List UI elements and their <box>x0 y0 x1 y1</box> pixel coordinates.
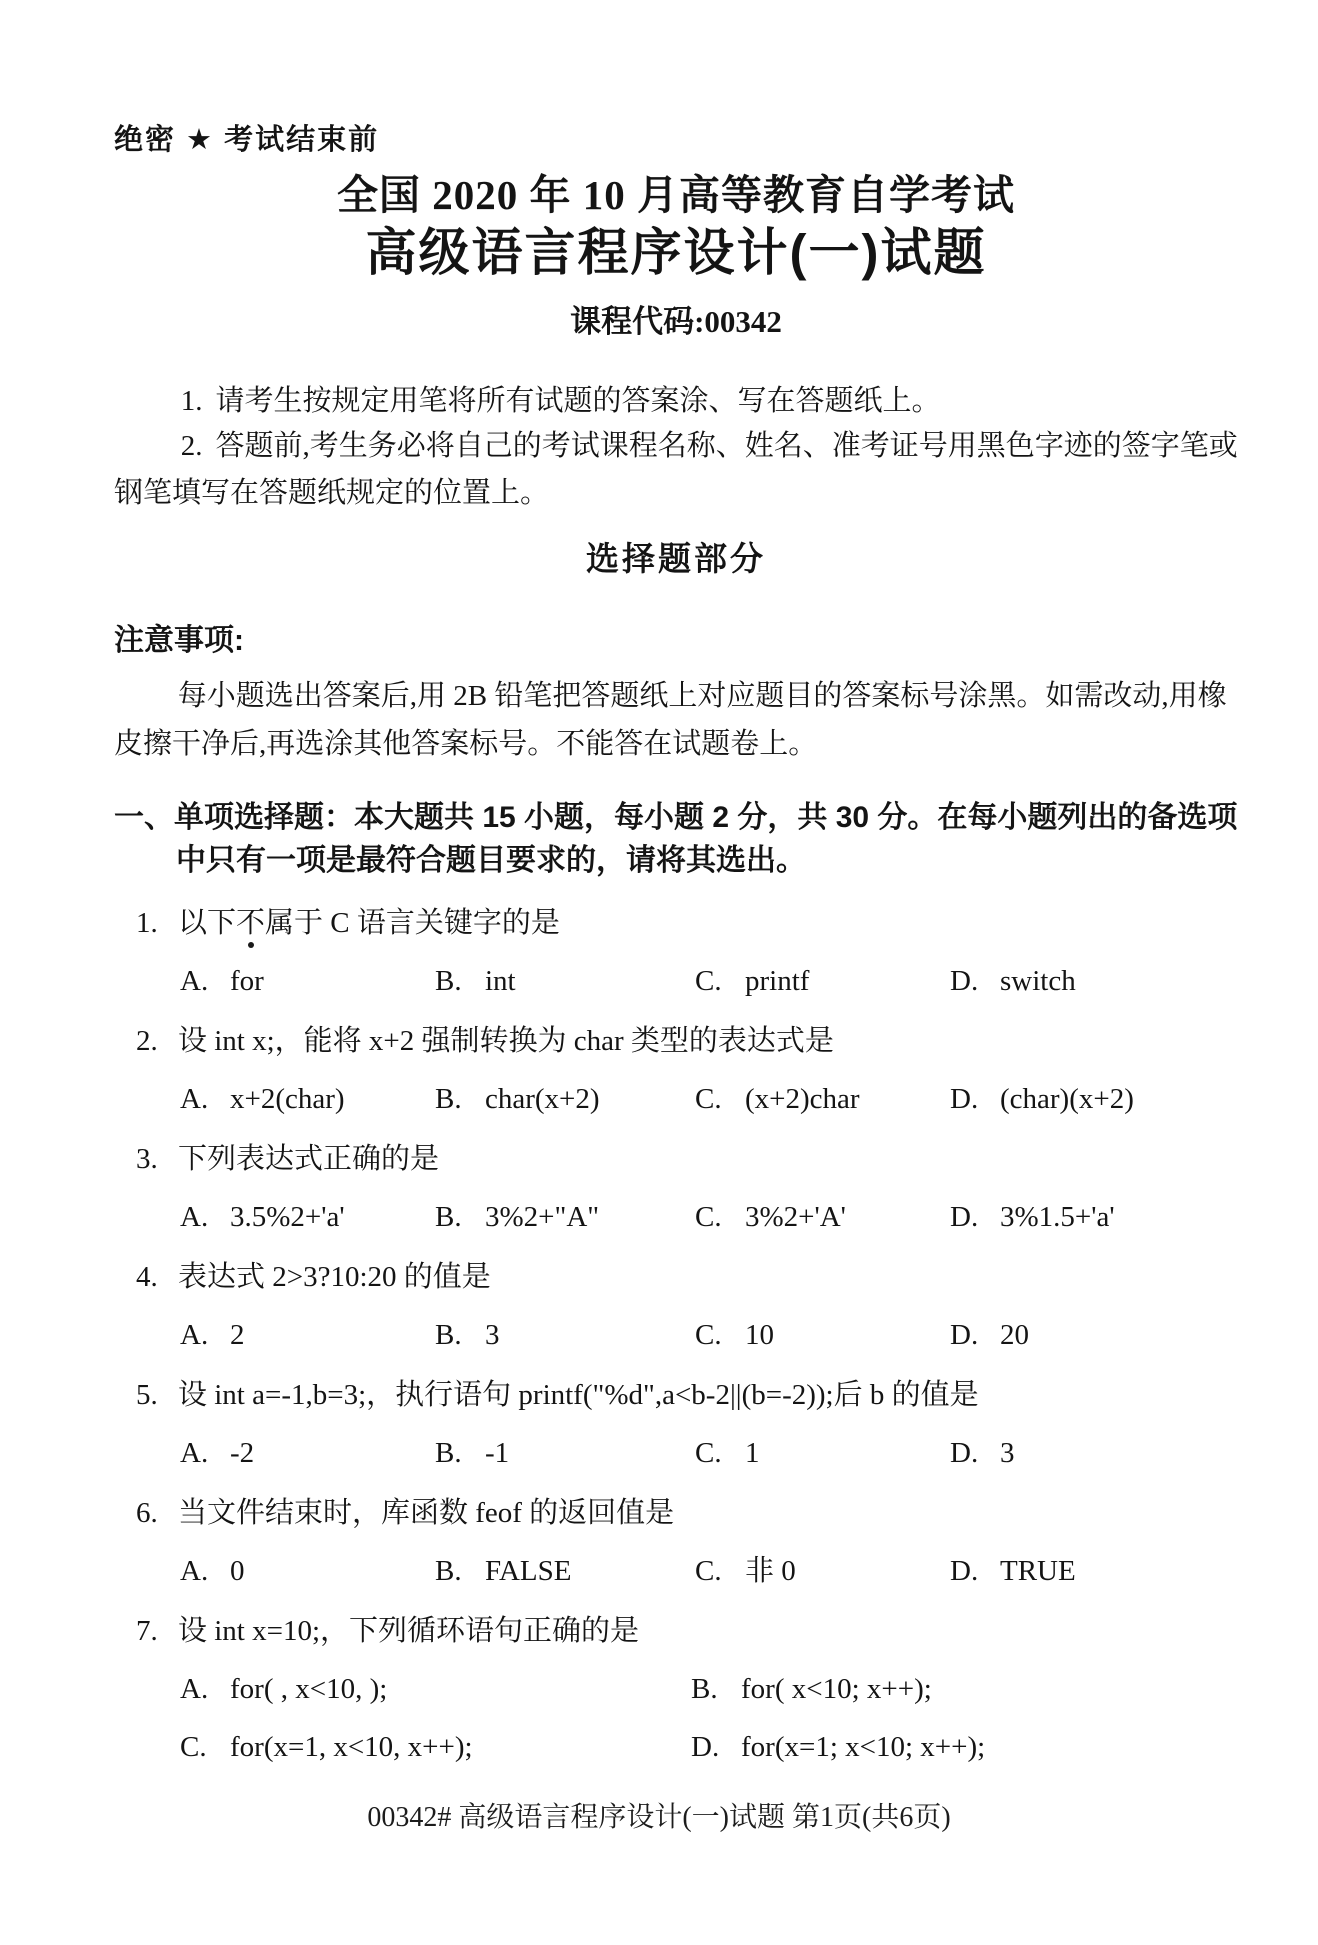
option-label: A. <box>180 1432 214 1474</box>
question-number: 6. <box>136 1492 178 1534</box>
section-marker: 一、 <box>114 801 174 834</box>
question-number: 1. <box>136 902 178 944</box>
question-line: 5. 设 int a=-1,b=3;，执行语句 printf("%d",a<b-… <box>114 1374 1238 1416</box>
paper-title: 高级语言程序设计(一)试题 <box>114 222 1238 284</box>
option-d: D.3 <box>950 1432 1238 1474</box>
option-b: B.FALSE <box>435 1550 695 1592</box>
option-label: D. <box>950 960 984 1002</box>
question-options: A.for B.int C.printf D.switch <box>114 960 1238 1002</box>
instruction-text: 答题前,考生务必将自己的考试课程名称、姓名、准考证号用黑色字迹的签字笔或钢笔填写… <box>114 430 1238 509</box>
option-d: D.20 <box>950 1314 1238 1356</box>
option-label: D. <box>950 1550 984 1592</box>
option-text: int <box>485 965 516 997</box>
option-text: printf <box>745 965 809 997</box>
option-label: A. <box>180 960 214 1002</box>
option-text: 20 <box>1000 1319 1029 1351</box>
question-1: 1. 以下不属于 C 语言关键字的是 A.for B.int C.printf … <box>114 902 1238 1002</box>
notes-body: 每小题选出答案后,用 2B 铅笔把答题纸上对应题目的答案标号涂黑。如需改动,用橡… <box>114 672 1238 768</box>
option-text: 3.5%2+'a' <box>230 1201 345 1233</box>
option-label: A. <box>180 1314 214 1356</box>
option-b: B.int <box>435 960 695 1002</box>
question-options: A.-2 B.-1 C.1 D.3 <box>114 1432 1238 1474</box>
option-a: A.for <box>180 960 435 1002</box>
question-text: 设 int x;，能将 x+2 强制转换为 char 类型的表达式是 <box>178 1020 1238 1062</box>
section-heading-text: 单项选择题：本大题共 15 小题，每小题 2 分，共 30 分。在每小题列出的备… <box>174 801 1237 877</box>
option-text: for(x=1; x<10; x++); <box>741 1731 985 1763</box>
question-text: 当文件结束时，库函数 feof 的返回值是 <box>178 1492 1238 1534</box>
question-3: 3. 下列表达式正确的是 A.3.5%2+'a' B.3%2+"A" C.3%2… <box>114 1138 1238 1238</box>
course-code: 课程代码:00342 <box>114 302 1238 342</box>
option-b: B.3 <box>435 1314 695 1356</box>
question-options: A.3.5%2+'a' B.3%2+"A" C.3%2+'A' D.3%1.5+… <box>114 1196 1238 1238</box>
option-b: B.3%2+"A" <box>435 1196 695 1238</box>
option-label: B. <box>435 1314 469 1356</box>
question-options: A.for( , x<10, ); B.for( x<10; x++); C.f… <box>114 1668 1238 1768</box>
instruction-item-2: 2.答题前,考生务必将自己的考试课程名称、姓名、准考证号用黑色字迹的签字笔或钢笔… <box>114 423 1238 517</box>
question-7: 7. 设 int x=10;，下列循环语句正确的是 A.for( , x<10,… <box>114 1610 1238 1768</box>
exam-session-title: 全国 2020 年 10 月高等教育自学考试 <box>114 170 1238 220</box>
page-content: 绝密 ★ 考试结束前 全国 2020 年 10 月高等教育自学考试 高级语言程序… <box>0 0 1318 1768</box>
option-a: A.3.5%2+'a' <box>180 1196 435 1238</box>
question-4: 4. 表达式 2>3?10:20 的值是 A.2 B.3 C.10 D.20 <box>114 1256 1238 1356</box>
question-text: 以下不属于 C 语言关键字的是 <box>178 902 1238 944</box>
option-label: D. <box>950 1432 984 1474</box>
instruction-number: 2. <box>181 430 203 462</box>
question-text: 表达式 2>3?10:20 的值是 <box>178 1256 1238 1298</box>
option-text: for(x=1, x<10, x++); <box>230 1731 473 1763</box>
option-text: 3%2+'A' <box>745 1201 846 1233</box>
option-text: 3 <box>1000 1437 1015 1469</box>
option-d: D.(char)(x+2) <box>950 1078 1238 1120</box>
option-text: -1 <box>485 1437 509 1469</box>
question-number: 2. <box>136 1020 178 1062</box>
option-b: B.-1 <box>435 1432 695 1474</box>
option-text: 2 <box>230 1319 245 1351</box>
option-label: B. <box>435 1078 469 1120</box>
instruction-item-1: 1.请考生按规定用笔将所有试题的答案涂、写在答题纸上。 <box>114 379 1238 423</box>
option-label: C. <box>695 1078 729 1120</box>
question-text-emphasized: 不 <box>236 907 265 939</box>
option-text: 10 <box>745 1319 774 1351</box>
question-line: 1. 以下不属于 C 语言关键字的是 <box>114 902 1238 944</box>
question-5: 5. 设 int a=-1,b=3;，执行语句 printf("%d",a<b-… <box>114 1374 1238 1474</box>
option-text: -2 <box>230 1437 254 1469</box>
question-line: 2. 设 int x;，能将 x+2 强制转换为 char 类型的表达式是 <box>114 1020 1238 1062</box>
option-text: for( x<10; x++); <box>741 1673 932 1705</box>
option-text: 3%1.5+'a' <box>1000 1201 1115 1233</box>
question-text: 设 int a=-1,b=3;，执行语句 printf("%d",a<b-2||… <box>178 1374 1238 1416</box>
option-label: A. <box>180 1668 214 1710</box>
question-options: A.x+2(char) B.char(x+2) C.(x+2)char D.(c… <box>114 1078 1238 1120</box>
question-text: 下列表达式正确的是 <box>178 1138 1238 1180</box>
notes-heading: 注意事项: <box>114 621 1238 661</box>
instruction-number: 1. <box>181 385 203 417</box>
option-text: switch <box>1000 965 1076 997</box>
option-label: C. <box>695 1432 729 1474</box>
option-a: A.x+2(char) <box>180 1078 435 1120</box>
option-label: D. <box>950 1078 984 1120</box>
section-one-heading: 一、单项选择题：本大题共 15 小题，每小题 2 分，共 30 分。在每小题列出… <box>114 796 1238 882</box>
option-text: x+2(char) <box>230 1083 345 1115</box>
option-b: B.for( x<10; x++); <box>691 1668 1238 1710</box>
option-label: B. <box>435 960 469 1002</box>
option-c: C.3%2+'A' <box>695 1196 950 1238</box>
option-label: B. <box>435 1196 469 1238</box>
question-line: 4. 表达式 2>3?10:20 的值是 <box>114 1256 1238 1298</box>
option-c: C.1 <box>695 1432 950 1474</box>
option-label: C. <box>695 1550 729 1592</box>
question-number: 3. <box>136 1138 178 1180</box>
option-text: 3 <box>485 1319 500 1351</box>
option-text: (char)(x+2) <box>1000 1083 1134 1115</box>
option-text: FALSE <box>485 1555 571 1587</box>
option-c: C.非 0 <box>695 1550 950 1592</box>
question-text: 设 int x=10;，下列循环语句正确的是 <box>178 1610 1238 1652</box>
option-text: char(x+2) <box>485 1083 600 1115</box>
option-b: B.char(x+2) <box>435 1078 695 1120</box>
option-label: B. <box>691 1668 725 1710</box>
security-marking: 绝密 ★ 考试结束前 <box>114 123 1238 157</box>
option-c: C.printf <box>695 960 950 1002</box>
option-label: B. <box>435 1550 469 1592</box>
question-2: 2. 设 int x;，能将 x+2 强制转换为 char 类型的表达式是 A.… <box>114 1020 1238 1120</box>
option-label: D. <box>691 1726 725 1768</box>
option-text: 1 <box>745 1437 760 1469</box>
option-d: D.3%1.5+'a' <box>950 1196 1238 1238</box>
option-text: 0 <box>230 1555 245 1587</box>
option-c: C.10 <box>695 1314 950 1356</box>
question-text-pre: 以下 <box>178 907 236 939</box>
option-text: TRUE <box>1000 1555 1076 1587</box>
option-label: D. <box>950 1314 984 1356</box>
option-text: 非 0 <box>745 1555 796 1587</box>
question-line: 7. 设 int x=10;，下列循环语句正确的是 <box>114 1610 1238 1652</box>
option-label: C. <box>695 1196 729 1238</box>
option-label: B. <box>435 1432 469 1474</box>
option-a: A.0 <box>180 1550 435 1592</box>
question-options: A.2 B.3 C.10 D.20 <box>114 1314 1238 1356</box>
option-text: 3%2+"A" <box>485 1201 599 1233</box>
question-number: 7. <box>136 1610 178 1652</box>
option-label: C. <box>180 1726 214 1768</box>
option-text: (x+2)char <box>745 1083 860 1115</box>
option-label: C. <box>695 1314 729 1356</box>
option-a: A.2 <box>180 1314 435 1356</box>
option-a: A.for( , x<10, ); <box>180 1668 691 1710</box>
option-text: for( , x<10, ); <box>230 1673 387 1705</box>
page-footer: 00342# 高级语言程序设计(一)试题 第1页(共6页) <box>0 1801 1318 1835</box>
option-c: C.for(x=1, x<10, x++); <box>180 1726 691 1768</box>
option-text: for <box>230 965 264 997</box>
question-number: 5. <box>136 1374 178 1416</box>
option-c: C.(x+2)char <box>695 1078 950 1120</box>
option-label: A. <box>180 1550 214 1592</box>
option-a: A.-2 <box>180 1432 435 1474</box>
question-line: 6. 当文件结束时，库函数 feof 的返回值是 <box>114 1492 1238 1534</box>
option-label: D. <box>950 1196 984 1238</box>
option-label: A. <box>180 1196 214 1238</box>
instruction-text: 请考生按规定用笔将所有试题的答案涂、写在答题纸上。 <box>215 385 940 417</box>
option-d: D.for(x=1; x<10; x++); <box>691 1726 1238 1768</box>
part-title: 选择题部分 <box>114 538 1238 580</box>
question-options: A.0 B.FALSE C.非 0 D.TRUE <box>114 1550 1238 1592</box>
question-6: 6. 当文件结束时，库函数 feof 的返回值是 A.0 B.FALSE C.非… <box>114 1492 1238 1592</box>
option-label: C. <box>695 960 729 1002</box>
exam-paper-page: 绝密 ★ 考试结束前 全国 2020 年 10 月高等教育自学考试 高级语言程序… <box>0 0 1318 1945</box>
option-label: A. <box>180 1078 214 1120</box>
option-d: D.TRUE <box>950 1550 1238 1592</box>
question-line: 3. 下列表达式正确的是 <box>114 1138 1238 1180</box>
question-text-post: 属于 C 语言关键字的是 <box>265 907 560 939</box>
question-number: 4. <box>136 1256 178 1298</box>
option-d: D.switch <box>950 960 1238 1002</box>
